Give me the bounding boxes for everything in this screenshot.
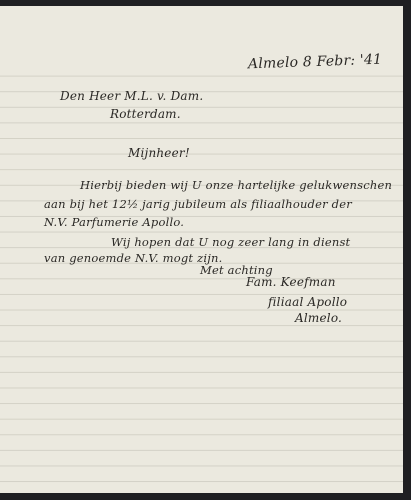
- body-line: N.V. Parfumerie Apollo.: [44, 215, 184, 229]
- recipient-name: Den Heer M.L. v. Dam.: [60, 89, 203, 103]
- letter-paper: Almelo 8 Febr: '41 Den Heer M.L. v. Dam.…: [0, 6, 403, 493]
- salutation: Mijnheer!: [128, 146, 190, 160]
- signature-name: Fam. Keefman: [246, 275, 336, 289]
- signature-city: Almelo.: [295, 311, 342, 325]
- body-line: aan bij het 12½ jarig jubileum als filia…: [44, 197, 352, 211]
- body-line: van genoemde N.V. mogt zijn.: [44, 251, 222, 265]
- body-line: Wij hopen dat U nog zeer lang in dienst: [111, 235, 350, 249]
- recipient-city: Rotterdam.: [110, 107, 181, 121]
- body-line: Hierbij bieden wij U onze hartelijke gel…: [80, 178, 392, 192]
- letter-date: Almelo 8 Febr: '41: [248, 52, 383, 73]
- signature-branch: filiaal Apollo: [268, 295, 347, 309]
